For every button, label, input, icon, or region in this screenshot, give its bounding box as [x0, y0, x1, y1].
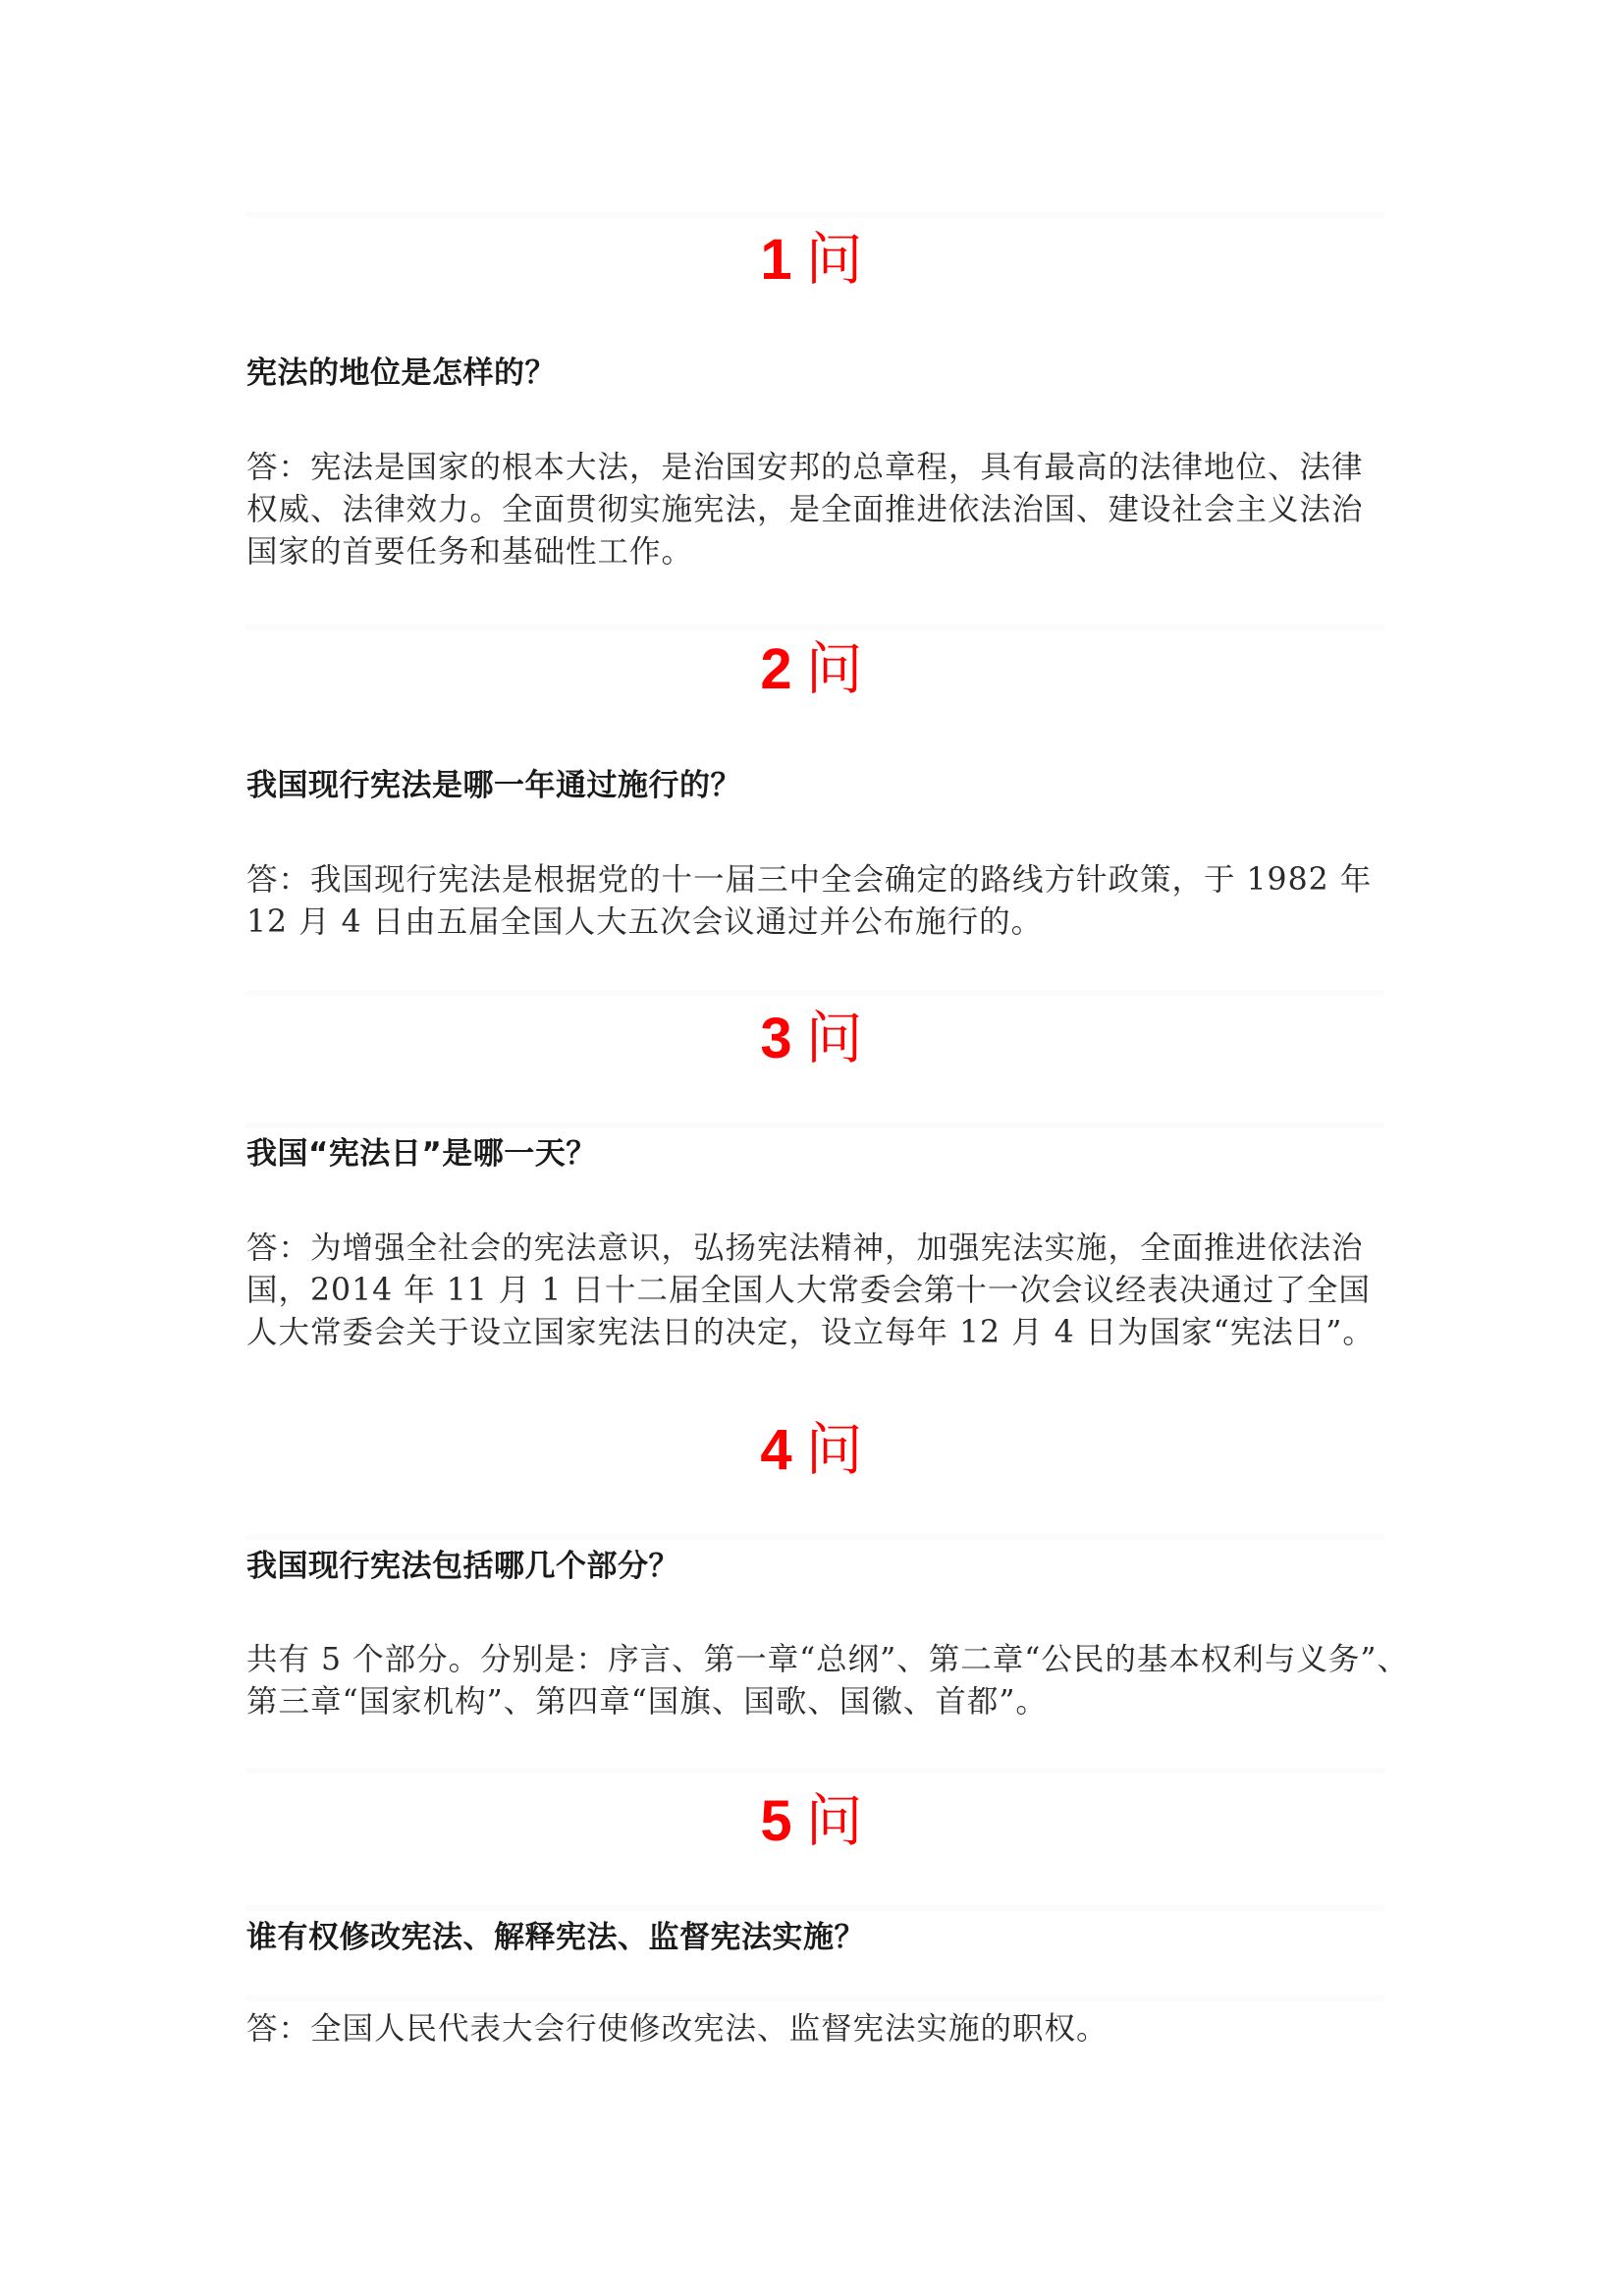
section-heading-3: 3问	[0, 1009, 1623, 1067]
question-4: 我国现行宪法包括哪几个部分？	[246, 1549, 679, 1584]
section-heading-suffix: 问	[806, 226, 863, 293]
section-number: 2	[760, 637, 791, 701]
answer-1-line-1: 答：宪法是国家的根本大法，是治国安邦的总章程，具有最高的法律地位、法律	[246, 450, 1385, 485]
document-page: 1问 宪法的地位是怎样的？ 答：宪法是国家的根本大法，是治国安邦的总章程，具有最…	[0, 0, 1623, 2296]
section-heading-suffix: 问	[806, 1787, 863, 1854]
section-heading-5: 5问	[0, 1791, 1623, 1850]
section-heading-suffix: 问	[806, 635, 863, 702]
section-divider	[245, 1534, 1384, 1540]
section-divider	[245, 1122, 1384, 1128]
answer-4-line-1: 共有 5 个部分。分别是：序言、第一章“总纲”、第二章“公民的基本权利与义务”、	[246, 1642, 1385, 1677]
section-divider	[245, 625, 1384, 630]
answer-3-line-1: 答：为增强全社会的宪法意识，弘扬宪法精神，加强宪法实施，全面推进依法治	[246, 1230, 1385, 1266]
section-number: 1	[760, 228, 791, 292]
section-heading-4: 4问	[0, 1420, 1623, 1479]
question-5: 谁有权修改宪法、解释宪法、监督宪法实施？	[246, 1920, 865, 1955]
answer-2-line-1: 答：我国现行宪法是根据党的十一届三中全会确定的路线方针政策，于 1982 年	[246, 862, 1385, 898]
section-divider	[245, 1768, 1384, 1774]
answer-5-line-1: 答：全国人民代表大会行使修改宪法、监督宪法实施的职权。	[246, 2011, 1385, 2047]
section-number: 4	[760, 1418, 791, 1482]
answer-3-line-2: 国，2014 年 11 月 1 日十二届全国人大常委会第十一次会议经表决通过了全…	[246, 1273, 1385, 1308]
section-divider	[245, 212, 1384, 218]
answer-1-line-2: 权威、法律效力。全面贯彻实施宪法，是全面推进依法治国、建设社会主义法治	[246, 492, 1385, 527]
section-divider	[245, 1995, 1384, 2001]
section-heading-suffix: 问	[806, 1005, 863, 1071]
answer-3-line-3: 人大常委会关于设立国家宪法日的决定，设立每年 12 月 4 日为国家“宪法日”。	[246, 1315, 1385, 1350]
question-3: 我国“宪法日”是哪一天？	[246, 1136, 597, 1172]
section-heading-2: 2问	[0, 639, 1623, 698]
section-number: 5	[760, 1789, 791, 1853]
question-2: 我国现行宪法是哪一年通过施行的？	[246, 768, 741, 803]
answer-2-line-2: 12 月 4 日由五届全国人大五次会议通过并公布施行的。	[246, 904, 1385, 940]
section-divider	[245, 990, 1384, 996]
section-heading-1: 1问	[0, 230, 1623, 289]
answer-1-line-3: 国家的首要任务和基础性工作。	[246, 534, 1385, 570]
answer-4-line-2: 第三章“国家机构”、第四章“国旗、国歌、国徽、首都”。	[246, 1684, 1385, 1720]
section-heading-suffix: 问	[806, 1416, 863, 1483]
question-1: 宪法的地位是怎样的？	[246, 355, 556, 391]
section-number: 3	[760, 1007, 791, 1070]
section-divider	[245, 1905, 1384, 1911]
